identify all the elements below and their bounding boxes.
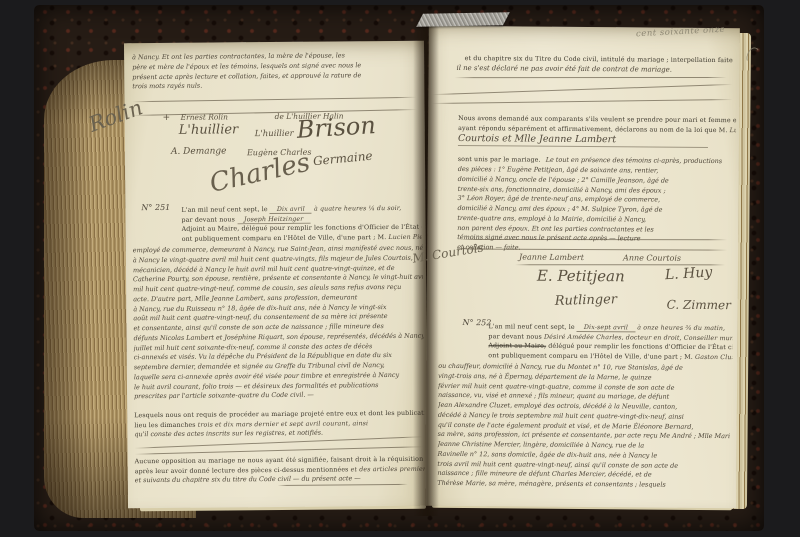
handwritten-line: Thérèse Marie, sa mère, ménagère, présen… [437,479,729,491]
witness-list: des pièces : 1° Eugène Petitjean, âgé de… [457,165,736,255]
fill-line [278,484,408,486]
closing-paragraph-act-250: à Nancy. Et ont les parties contractante… [132,51,418,92]
signature-lhuillier-2: L'huillier [255,129,294,139]
printed-comparu: ont publiquement comparu en l'Hôtel de V… [182,234,387,243]
act-252-body: ou chauffeur, domicilié à Nancy, rue du … [437,362,730,491]
act-251-body: employé de commerce, demeurant à Nancy, … [133,244,424,403]
act-number-252: N° 252 [463,318,492,327]
right-page: et du chapitre six du Titre du Code civi… [425,26,740,508]
hand-time: à quatre heures ¼ du soir, [314,205,401,213]
struck-adjoint-au-maire: Adjoint au Maire, [488,342,546,349]
hand-groom-firstnames: Lucien Pierre [730,127,737,134]
printed-form-line: ont publiquement comparu en l'Hôtel de V… [488,351,732,363]
left-page: à Nancy. Et ont les parties contractante… [124,41,428,509]
signature-rutlinger: Rutlinger [555,292,618,309]
hand-union-tail: Le tout en présence des témoins ci-après… [546,156,722,165]
printed-dimanches: lieu les dimanches [134,421,195,429]
printed-opening: L'an mil neuf cent sept, le [181,206,267,214]
binding-tape [416,12,509,26]
handwritten-line: prescrites par l'article soixante-quatre… [134,390,424,402]
hand-groom-name: Gaston Cluzet, cocher [695,354,732,362]
hand-time: à onze heures ¾ du matin, [637,324,725,332]
signature-petitjean: E. Petitjean [537,267,625,286]
printed-lecture-pieces: après leur avoir donné lecture des pièce… [135,466,349,475]
printed-delegue: délégué pour remplir les fonctions d'Off… [548,343,732,352]
act-251-requisition: Lesquels nous ont requis de procéder au … [134,409,424,440]
signature-zimmer: C. Zimmer [667,298,731,313]
signature-huy: L. Huy [664,264,712,283]
act-251-opening: L'an mil neuf cent sept, le Dix avril à … [181,204,421,244]
printed-devant-nous: par devant nous [488,333,541,340]
hand-contract-declaration: il ne s'est déclaré ne pas avoir été fai… [457,64,733,76]
printed-unis-par-mariage: sont unis par le mariage. [458,156,541,164]
hand-officer-name: Joseph Heitzinger [237,215,310,224]
handwritten-line: trois mots rayés nuls. [132,80,418,92]
gutter-shadow [413,21,439,516]
hand-date: Dix avril [270,206,312,214]
union-line: sont unis par le mariage. Le tout en pré… [458,146,736,167]
register-scan: à Nancy. Et ont les parties contractante… [0,0,800,537]
fill-line [432,84,732,95]
act-251-opposition: Aucune opposition au mariage ne nous aya… [135,455,425,486]
signature-brison: Brison [296,111,377,144]
hand-date: Dix-sept avril [577,324,635,332]
fill-line [454,77,726,78]
hand-officer-name: Désiré Amédée Charles, docteur en droit,… [544,333,733,342]
signature-demange: A. Demange [171,146,227,156]
signature-anne-courtois: Anne Courtois [623,253,681,262]
printed-comparu: ont publiquement comparu en l'Hôtel de V… [488,352,693,361]
printed-opening: L'an mil neuf cent sept, le [489,323,575,331]
fill-line [432,99,732,104]
signature-ernest-rolin: Ernest Rolin [181,112,228,121]
hand-publication-dates: trois et dix mars dernier et sept avril … [198,420,368,428]
signature-lhuillier-1: L'huillier [179,122,239,138]
printed-au-nom-de-la-loi: ayant répondu séparément et affirmativem… [458,125,727,134]
printed-devant-nous: par devant nous [181,216,234,223]
signature-jeanne-lambert: Jeanne Lambert [519,253,584,263]
act-number-251: N° 251 [141,203,170,212]
printed-form-line: ont publiquement comparu en l'Hôtel de V… [182,233,422,245]
fill-line [132,97,416,102]
signature-germaine: Germaine [312,149,373,169]
signature-cross-mark: + [163,113,171,123]
act-252-opening: L'an mil neuf cent sept, le Dix-sept avr… [488,322,732,362]
fill-line [135,446,423,455]
marriage-declaration: Nous avons demandé aux comparants s'ils … [457,114,736,255]
